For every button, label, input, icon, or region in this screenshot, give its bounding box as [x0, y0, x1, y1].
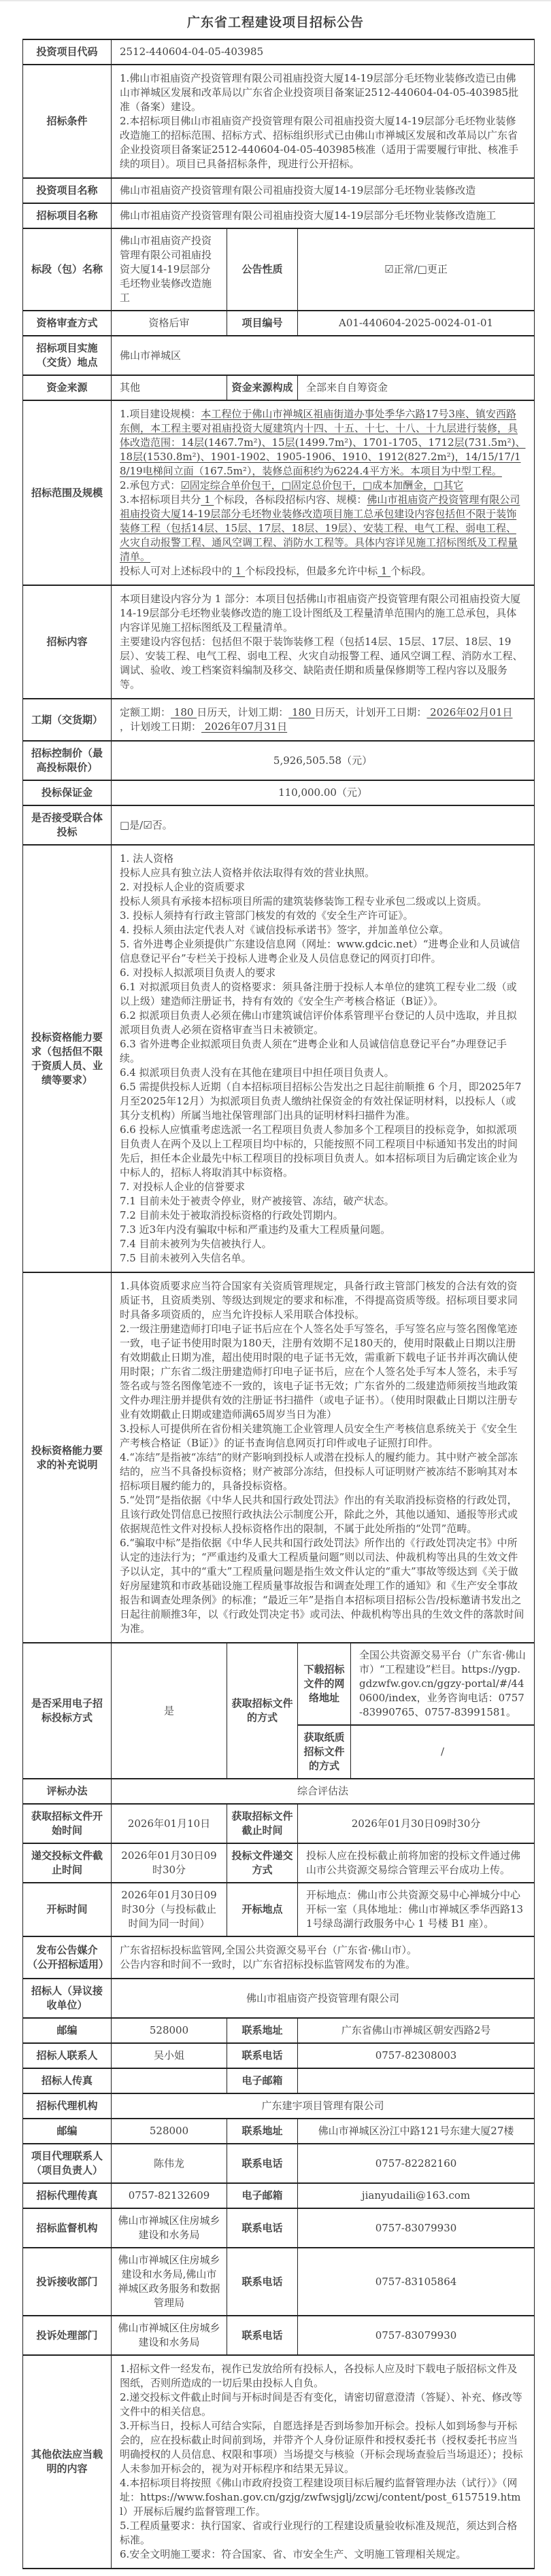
label-complaint-handling: 投诉处理部门: [23, 2316, 112, 2355]
value-price-ceiling: 5,926,505.58（元）: [112, 741, 535, 780]
label-consortium-accepted: 是否接受联合体投标: [23, 805, 112, 845]
row-qualification-supplementary-notes: 投标资格能力要求的补充说明 1.具体资质要求应当符合国家有关资质管理规定，具备行…: [23, 1272, 535, 1643]
row-evaluation-method: 评标办法 综合评估法: [23, 1779, 535, 1804]
row-tenderer-contact: 招标人联系人 吴小姐 联系电话 0757-82308003: [23, 2043, 535, 2068]
row-investment-project-name: 投资项目名称 佛山市祖庙资产投资管理有限公司祖庙投资大厦14-19层部分毛坯物业…: [23, 178, 535, 203]
label-complaint-receiving: 投诉接收部门: [23, 2248, 112, 2316]
label-qualification-supplementary-notes: 投标资格能力要求的补充说明: [23, 1272, 112, 1643]
row-document-obtain-time: 获取招标文件开始时间 2026年01月10日 获取招标文件截止时间 2026年0…: [23, 1804, 535, 1843]
value-construction-period: 定额工期： 180 日历天，计划工期： 180 日历天，计划开工日期： 2026…: [112, 699, 535, 741]
value-supervising-authority: 佛山市禅城区住房城乡建设和水务局: [112, 2208, 227, 2248]
value-agency-address: 佛山市禅城区汾江中路121号东建大厦27楼: [298, 2119, 535, 2144]
value-tenderer-email: [298, 2068, 535, 2093]
row-tenderer-postcode: 邮编 528000 联系地址 广东省佛山市禅城区朝安西路2号: [23, 2018, 535, 2043]
value-bid-submission-deadline: 2026年01月30日09时30分: [112, 1843, 227, 1883]
value-section-name: 佛山市祖庙资产投资管理有限公司祖庙投资大厦14-19层部分毛坯物业装修改造施工: [112, 228, 227, 311]
label-agency-phone: 联系电话: [227, 2144, 298, 2183]
page-title: 广东省工程建设项目招标公告: [0, 12, 551, 31]
value-bid-submission-method: 投标人应在投标截止前将加密的投标文件通过佛山市公共资源交易综合管理云平台成功上传…: [298, 1843, 535, 1883]
value-supervising-phone: 0757-83079930: [298, 2208, 535, 2248]
value-qualification-review-method: 资格后审: [112, 311, 227, 336]
row-electronic-bidding: 是否采用电子招标投标方式 是 获取招标文件的方式 下载招标文件的网络地址 全国公…: [23, 1643, 535, 1725]
value-complaint-receiving-phone: 0757-83105864: [298, 2248, 535, 2316]
row-delivery-location: 招标项目实施（交货）地点 佛山市禅城区: [23, 336, 535, 375]
label-section-name: 标段（包）名称: [23, 228, 112, 311]
value-complaint-handling-phone: 0757-83079930: [298, 2316, 535, 2355]
row-complaint-handling: 投诉处理部门 佛山市禅城区住房城乡建设和水务局 联系电话 0757-830799…: [23, 2316, 535, 2355]
row-consortium-accepted: 是否接受联合体投标 □是/☑否。: [23, 805, 535, 845]
row-tenderer-fax: 招标人传真 电子邮箱: [23, 2068, 535, 2093]
label-complaint-handling-phone: 联系电话: [227, 2316, 298, 2355]
label-bid-opening-place: 开标地点: [227, 1883, 298, 1936]
label-construction-period: 工期（交货期）: [23, 699, 112, 741]
row-agency-contact: 项目代理联系人（项目负责人） 陈伟龙 联系电话 0757-82282160: [23, 2144, 535, 2183]
label-obtain-documents-method: 获取招标文件的方式: [227, 1643, 298, 1779]
label-tenderer-contact: 招标人联系人: [23, 2043, 112, 2068]
value-evaluation-method: 综合评估法: [112, 1779, 535, 1804]
announcement-table: 投资项目代码 2512-440604-04-05-403985 招标条件 1.佛…: [22, 39, 535, 2569]
label-investment-project-name: 投资项目名称: [23, 178, 112, 203]
row-bidder-qualification-requirements: 投标资格能力要求（包括但不限于资质人员、业绩等要求） 1. 法人资格 投标人应具…: [23, 845, 535, 1272]
value-qualification-supplementary-notes: 1.具体资质要求应当符合国家有关资质管理规定，具备行政主管部门核发的合法有效的资…: [112, 1272, 535, 1643]
label-tenderer: 招标人（异议接收单位）: [23, 1979, 112, 2018]
value-tenderer-postcode: 528000: [112, 2018, 227, 2043]
row-investment-project-code: 投资项目代码 2512-440604-04-05-403985: [23, 39, 535, 65]
row-funding-source: 资金来源 其他 资金来源构成 全部来自自筹资金: [23, 375, 535, 400]
row-qualification-review-method: 资格审查方式 资格后审 项目编号 A01-440604-2025-0024-01…: [23, 311, 535, 336]
row-supervising-authority: 招标监督机构 佛山市禅城区住房城乡建设和水务局 联系电话 0757-830799…: [23, 2208, 535, 2248]
label-tenderer-email: 电子邮箱: [227, 2068, 298, 2093]
value-bid-opening-place: 开标地点：佛山市公共资源交易中心禅城分中心开标一室（具体地址：佛山市禅城区季华西…: [298, 1883, 535, 1936]
label-bid-submission-deadline: 递交投标文件截止时间: [23, 1843, 112, 1883]
row-section-name: 标段（包）名称 佛山市祖庙资产投资管理有限公司祖庙投资大厦14-19层部分毛坯物…: [23, 228, 535, 311]
label-evaluation-method: 评标办法: [23, 1779, 112, 1804]
row-bid-opening: 开标时间 2026年01月30日09时30分（与投标截止时间为同一时间） 开标地…: [23, 1883, 535, 1936]
label-tender-project-name: 招标项目名称: [23, 203, 112, 228]
label-announcement-media: 发布公告媒介（公开招标适用）: [23, 1936, 112, 1979]
row-price-ceiling: 招标控制价（最高投标限价） 5,926,505.58（元）: [23, 741, 535, 780]
value-bid-deposit: 110,000.00（元）: [112, 780, 535, 805]
value-agency: 广东建宇项目管理有限公司: [112, 2093, 535, 2119]
label-tenderer-phone: 联系电话: [227, 2043, 298, 2068]
label-project-number: 项目编号: [227, 311, 298, 336]
value-tender-scope: 1.项目建设规模：本工程位于佛山市禅城区祖庙街道办事处季华六路17号3座、镇安西…: [112, 400, 535, 585]
value-consortium-accepted: □是/☑否。: [112, 805, 535, 845]
value-other-required-content: 1.招标文件一经发布，视作已发放给所有投标人，各投标人应及时下载电子版招标文件及…: [112, 2355, 535, 2569]
value-document-obtain-start: 2026年01月10日: [112, 1804, 227, 1843]
row-tender-scope: 招标范围及规模 1.项目建设规模：本工程位于佛山市禅城区祖庙街道办事处季华六路1…: [23, 400, 535, 585]
label-bid-opening-time: 开标时间: [23, 1883, 112, 1936]
value-agency-fax: 0757-82132609: [112, 2183, 227, 2208]
label-tender-content: 招标内容: [23, 585, 112, 699]
label-tenderer-postcode: 邮编: [23, 2018, 112, 2043]
label-document-obtain-start: 获取招标文件开始时间: [23, 1804, 112, 1843]
label-agency-postcode: 邮编: [23, 2119, 112, 2144]
value-paper-documents-method: /: [351, 1725, 535, 1779]
label-agency-address: 联系地址: [227, 2119, 298, 2144]
label-paper-documents-method: 获取纸质招标文件的方式: [298, 1725, 351, 1779]
row-bid-submission: 递交投标文件截止时间 2026年01月30日09时30分 投标文件递交方式 投标…: [23, 1843, 535, 1883]
value-tenderer-address: 广东省佛山市禅城区朝安西路2号: [298, 2018, 535, 2043]
label-tender-scope: 招标范围及规模: [23, 400, 112, 585]
label-qualification-review-method: 资格审查方式: [23, 311, 112, 336]
value-tender-project-name: 佛山市祖庙资产投资管理有限公司祖庙投资大厦14-19层部分毛坯物业装修改造施工: [112, 203, 535, 228]
label-document-obtain-deadline: 获取招标文件截止时间: [227, 1804, 298, 1843]
label-supervising-authority: 招标监督机构: [23, 2208, 112, 2248]
value-project-number: A01-440604-2025-0024-01-01: [298, 311, 535, 336]
value-agency-contact: 陈伟龙: [112, 2144, 227, 2183]
value-download-address: 全国公共资源交易平台（广东省·佛山市）“工程建设”栏目。https://ygp.…: [351, 1643, 535, 1725]
label-tender-conditions: 招标条件: [23, 65, 112, 178]
label-electronic-bidding: 是否采用电子招标投标方式: [23, 1643, 112, 1779]
label-tenderer-fax: 招标人传真: [23, 2068, 112, 2093]
label-bid-deposit: 投标保证金: [23, 780, 112, 805]
row-agency: 招标代理机构 广东建宇项目管理有限公司: [23, 2093, 535, 2119]
label-supervising-phone: 联系电话: [227, 2208, 298, 2248]
label-delivery-location: 招标项目实施（交货）地点: [23, 336, 112, 375]
row-tender-conditions: 招标条件 1.佛山市祖庙资产投资管理有限公司祖庙投资大厦14-19层部分毛坯物业…: [23, 65, 535, 178]
label-agency-contact: 项目代理联系人（项目负责人）: [23, 2144, 112, 2183]
row-other-required-content: 其他依法应当载明的内容 1.招标文件一经发布，视作已发放给所有投标人，各投标人应…: [23, 2355, 535, 2569]
row-tender-project-name: 招标项目名称 佛山市祖庙资产投资管理有限公司祖庙投资大厦14-19层部分毛坯物业…: [23, 203, 535, 228]
value-agency-email: jianyudaili@163.com: [298, 2183, 535, 2208]
value-tender-conditions: 1.佛山市祖庙资产投资管理有限公司祖庙投资大厦14-19层部分毛坯物业装修改造已…: [112, 65, 535, 178]
row-bid-deposit: 投标保证金 110,000.00（元）: [23, 780, 535, 805]
label-bid-submission-method: 投标文件递交方式: [227, 1843, 298, 1883]
value-complaint-receiving: 佛山市禅城区住房城乡建设和水务局,佛山市禅城区政务服务和数据管理局: [112, 2248, 227, 2316]
row-agency-fax: 招标代理传真 0757-82132609 电子邮箱 jianyudaili@16…: [23, 2183, 535, 2208]
value-funding-composition: 全部来自自筹资金: [298, 375, 535, 400]
value-electronic-bidding: 是: [112, 1643, 227, 1779]
row-complaint-receiving: 投诉接收部门 佛山市禅城区住房城乡建设和水务局,佛山市禅城区政务服务和数据管理局…: [23, 2248, 535, 2316]
row-agency-postcode: 邮编 528000 联系地址 佛山市禅城区汾江中路121号东建大厦27楼: [23, 2119, 535, 2144]
row-construction-period: 工期（交货期） 定额工期： 180 日历天，计划工期： 180 日历天，计划开工…: [23, 699, 535, 741]
value-tenderer: 佛山市祖庙资产投资管理有限公司: [112, 1979, 535, 2018]
label-complaint-receiving-phone: 联系电话: [227, 2248, 298, 2316]
value-announcement-media: 广东省招标投标监管网,全国公共资源交易平台（广东省·佛山市）。 公告内容和时间不…: [112, 1936, 535, 1979]
value-investment-project-name: 佛山市祖庙资产投资管理有限公司祖庙投资大厦14-19层部分毛坯物业装修改造: [112, 178, 535, 203]
value-bid-opening-time: 2026年01月30日09时30分（与投标截止时间为同一时间）: [112, 1883, 227, 1936]
label-funding-source: 资金来源: [23, 375, 112, 400]
value-tenderer-fax: [112, 2068, 227, 2093]
label-other-required-content: 其他依法应当载明的内容: [23, 2355, 112, 2569]
label-agency-fax: 招标代理传真: [23, 2183, 112, 2208]
value-delivery-location: 佛山市禅城区: [112, 336, 535, 375]
row-announcement-media: 发布公告媒介（公开招标适用） 广东省招标投标监管网,全国公共资源交易平台（广东省…: [23, 1936, 535, 1979]
value-document-obtain-deadline: 2026年01月30日09时30分: [298, 1804, 535, 1843]
value-funding-source: 其他: [112, 375, 227, 400]
label-agency-email: 电子邮箱: [227, 2183, 298, 2208]
label-agency: 招标代理机构: [23, 2093, 112, 2119]
value-complaint-handling: 佛山市禅城区住房城乡建设和水务局: [112, 2316, 227, 2355]
label-price-ceiling: 招标控制价（最高投标限价）: [23, 741, 112, 780]
label-announcement-nature: 公告性质: [227, 228, 298, 311]
value-tenderer-contact: 吴小姐: [112, 2043, 227, 2068]
value-bidder-qualification-requirements: 1. 法人资格 投标人应具有独立法人资格并依法取得有效的营业执照。 2. 对投标…: [112, 845, 535, 1272]
value-investment-project-code: 2512-440604-04-05-403985: [112, 39, 535, 65]
row-tender-content: 招标内容 本项目建设内容分为 1 部分：本项目包括佛山市祖庙资产投资管理有限公司…: [23, 585, 535, 699]
value-tender-content: 本项目建设内容分为 1 部分：本项目包括佛山市祖庙资产投资管理有限公司祖庙投资大…: [112, 585, 535, 699]
label-download-address: 下载招标文件的网络地址: [298, 1643, 351, 1725]
label-tenderer-address: 联系地址: [227, 2018, 298, 2043]
label-investment-project-code: 投资项目代码: [23, 39, 112, 65]
value-tenderer-phone: 0757-82308003: [298, 2043, 535, 2068]
label-bidder-qualification-requirements: 投标资格能力要求（包括但不限于资质人员、业绩等要求）: [23, 845, 112, 1272]
row-tenderer: 招标人（异议接收单位） 佛山市祖庙资产投资管理有限公司: [23, 1979, 535, 2018]
value-announcement-nature: ☑正常/□更正: [298, 228, 535, 311]
value-agency-postcode: 528000: [112, 2119, 227, 2144]
value-agency-phone: 0757-82282160: [298, 2144, 535, 2183]
label-funding-composition: 资金来源构成: [227, 375, 298, 400]
